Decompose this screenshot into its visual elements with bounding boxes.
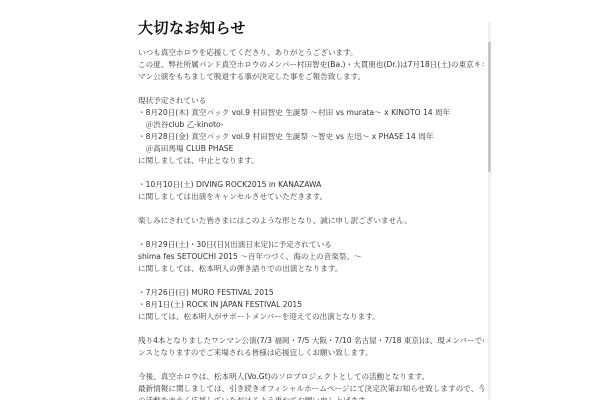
event-item: ・8月20日(木) 真空パック vol.9 村田智史 生誕祭 ～村田 vs mu… [138,107,484,119]
text-line: マン公演をもちまして脱退する事が決定した事をご報告致します。 [138,71,484,83]
text-line: shima fes SETOUCHI 2015 ～百年つづく、海の上の音楽祭。～ [138,251,484,263]
text-line: 現状予定されている [138,95,484,107]
paragraph-gap [138,227,484,239]
text-line: ンスとなりますのでご来場される皆様は応援宜しくお願い致します。 [138,347,484,359]
text-line: に関しましては、中止となります。 [138,155,484,167]
event-item: ・8月28日(金) 真空パック vol.9 村田智史 生誕祭 ～智史 vs 左迅… [138,131,484,143]
paragraph-diving-rock: ・10月10日(土) DIVING ROCK2015 in KANAZAWA に… [138,179,484,203]
text-line: この度、弊社所属バンド真空ホロウのメンバー村田智史(Ba.)・大貫朋也(Dr.)… [138,59,484,71]
paragraph-gap [138,323,484,335]
paragraph-apology: 楽しみにされていた皆さまにはこのような形となり、誠に申し訳ございません。 [138,215,484,227]
text-line: 今後、真空ホロウは、松本明人(Vo.Gt)のソロプロジェクトとしての活動となりま… [138,371,484,383]
vertical-scrollbar[interactable] [488,22,491,400]
text-line: 残り4本となりましたワンマン公演(7/3 福岡・7/5 大阪・7/10 名古屋・… [138,335,484,347]
event-item: ・7月26日(日) MURO FESTIVAL 2015 [138,287,484,299]
paragraph-gap [138,167,484,179]
paragraph-oneman-shows: 残り4本となりましたワンマン公演(7/3 福岡・7/5 大阪・7/10 名古屋・… [138,335,484,359]
text-line: の活動を末永く応援していただけるよう重ねてお願い申し上げます。 [138,395,484,400]
paragraph-shima-fes: ・8月29日(土)・30日(日)(出演日未定)に予定されている shima fe… [138,239,484,275]
paragraph-greeting: いつも真空ホロウを応援してくださり、ありがとうございます。 この度、弊社所属バン… [138,47,484,83]
text-line: に関しましては出演をキャンセルさせていただきます。 [138,191,484,203]
event-item: ・8月29日(土)・30日(日)(出演日未定)に予定されている [138,239,484,251]
text-line: に関しましては、松本明人の弾き語りでの出演となります。 [138,263,484,275]
event-venue: ＠渋谷club 乙-kinoto- [138,119,484,131]
text-line: 楽しみにされていた皆さまにはこのような形となり、誠に申し訳ございません。 [138,215,484,227]
paragraph-future: 今後、真空ホロウは、松本明人(Vo.Gt)のソロプロジェクトとしての活動となりま… [138,371,484,400]
paragraph-gap [138,275,484,287]
paragraph-cancelled-events: 現状予定されている ・8月20日(木) 真空パック vol.9 村田智史 生誕祭… [138,95,484,167]
notice-panel: 大切なお知らせ いつも真空ホロウを応援してくださり、ありがとうございます。 この… [0,0,488,400]
scrollbar-thumb[interactable] [488,42,491,172]
paragraph-festivals: ・7月26日(日) MURO FESTIVAL 2015 ・8月1日(土) RO… [138,287,484,323]
notice-body: いつも真空ホロウを応援してくださり、ありがとうございます。 この度、弊社所属バン… [138,47,484,400]
paragraph-gap [138,83,484,95]
page-title: 大切なお知らせ [138,17,246,38]
event-venue: ＠高田馬場 CLUB PHASE [138,143,484,155]
text-line: いつも真空ホロウを応援してくださり、ありがとうございます。 [138,47,484,59]
event-item: ・10月10日(土) DIVING ROCK2015 in KANAZAWA [138,179,484,191]
event-item: ・8月1日(土) ROCK IN JAPAN FESTIVAL 2015 [138,299,484,311]
paragraph-gap [138,359,484,371]
text-line: 最新情報に関しましては、引き続きオフィシャルホームページにて決定次第お知らせ致し… [138,383,484,395]
text-line: に関しては、松本明人がサポートメンバーを迎えての出演となります。 [138,311,484,323]
paragraph-gap [138,203,484,215]
